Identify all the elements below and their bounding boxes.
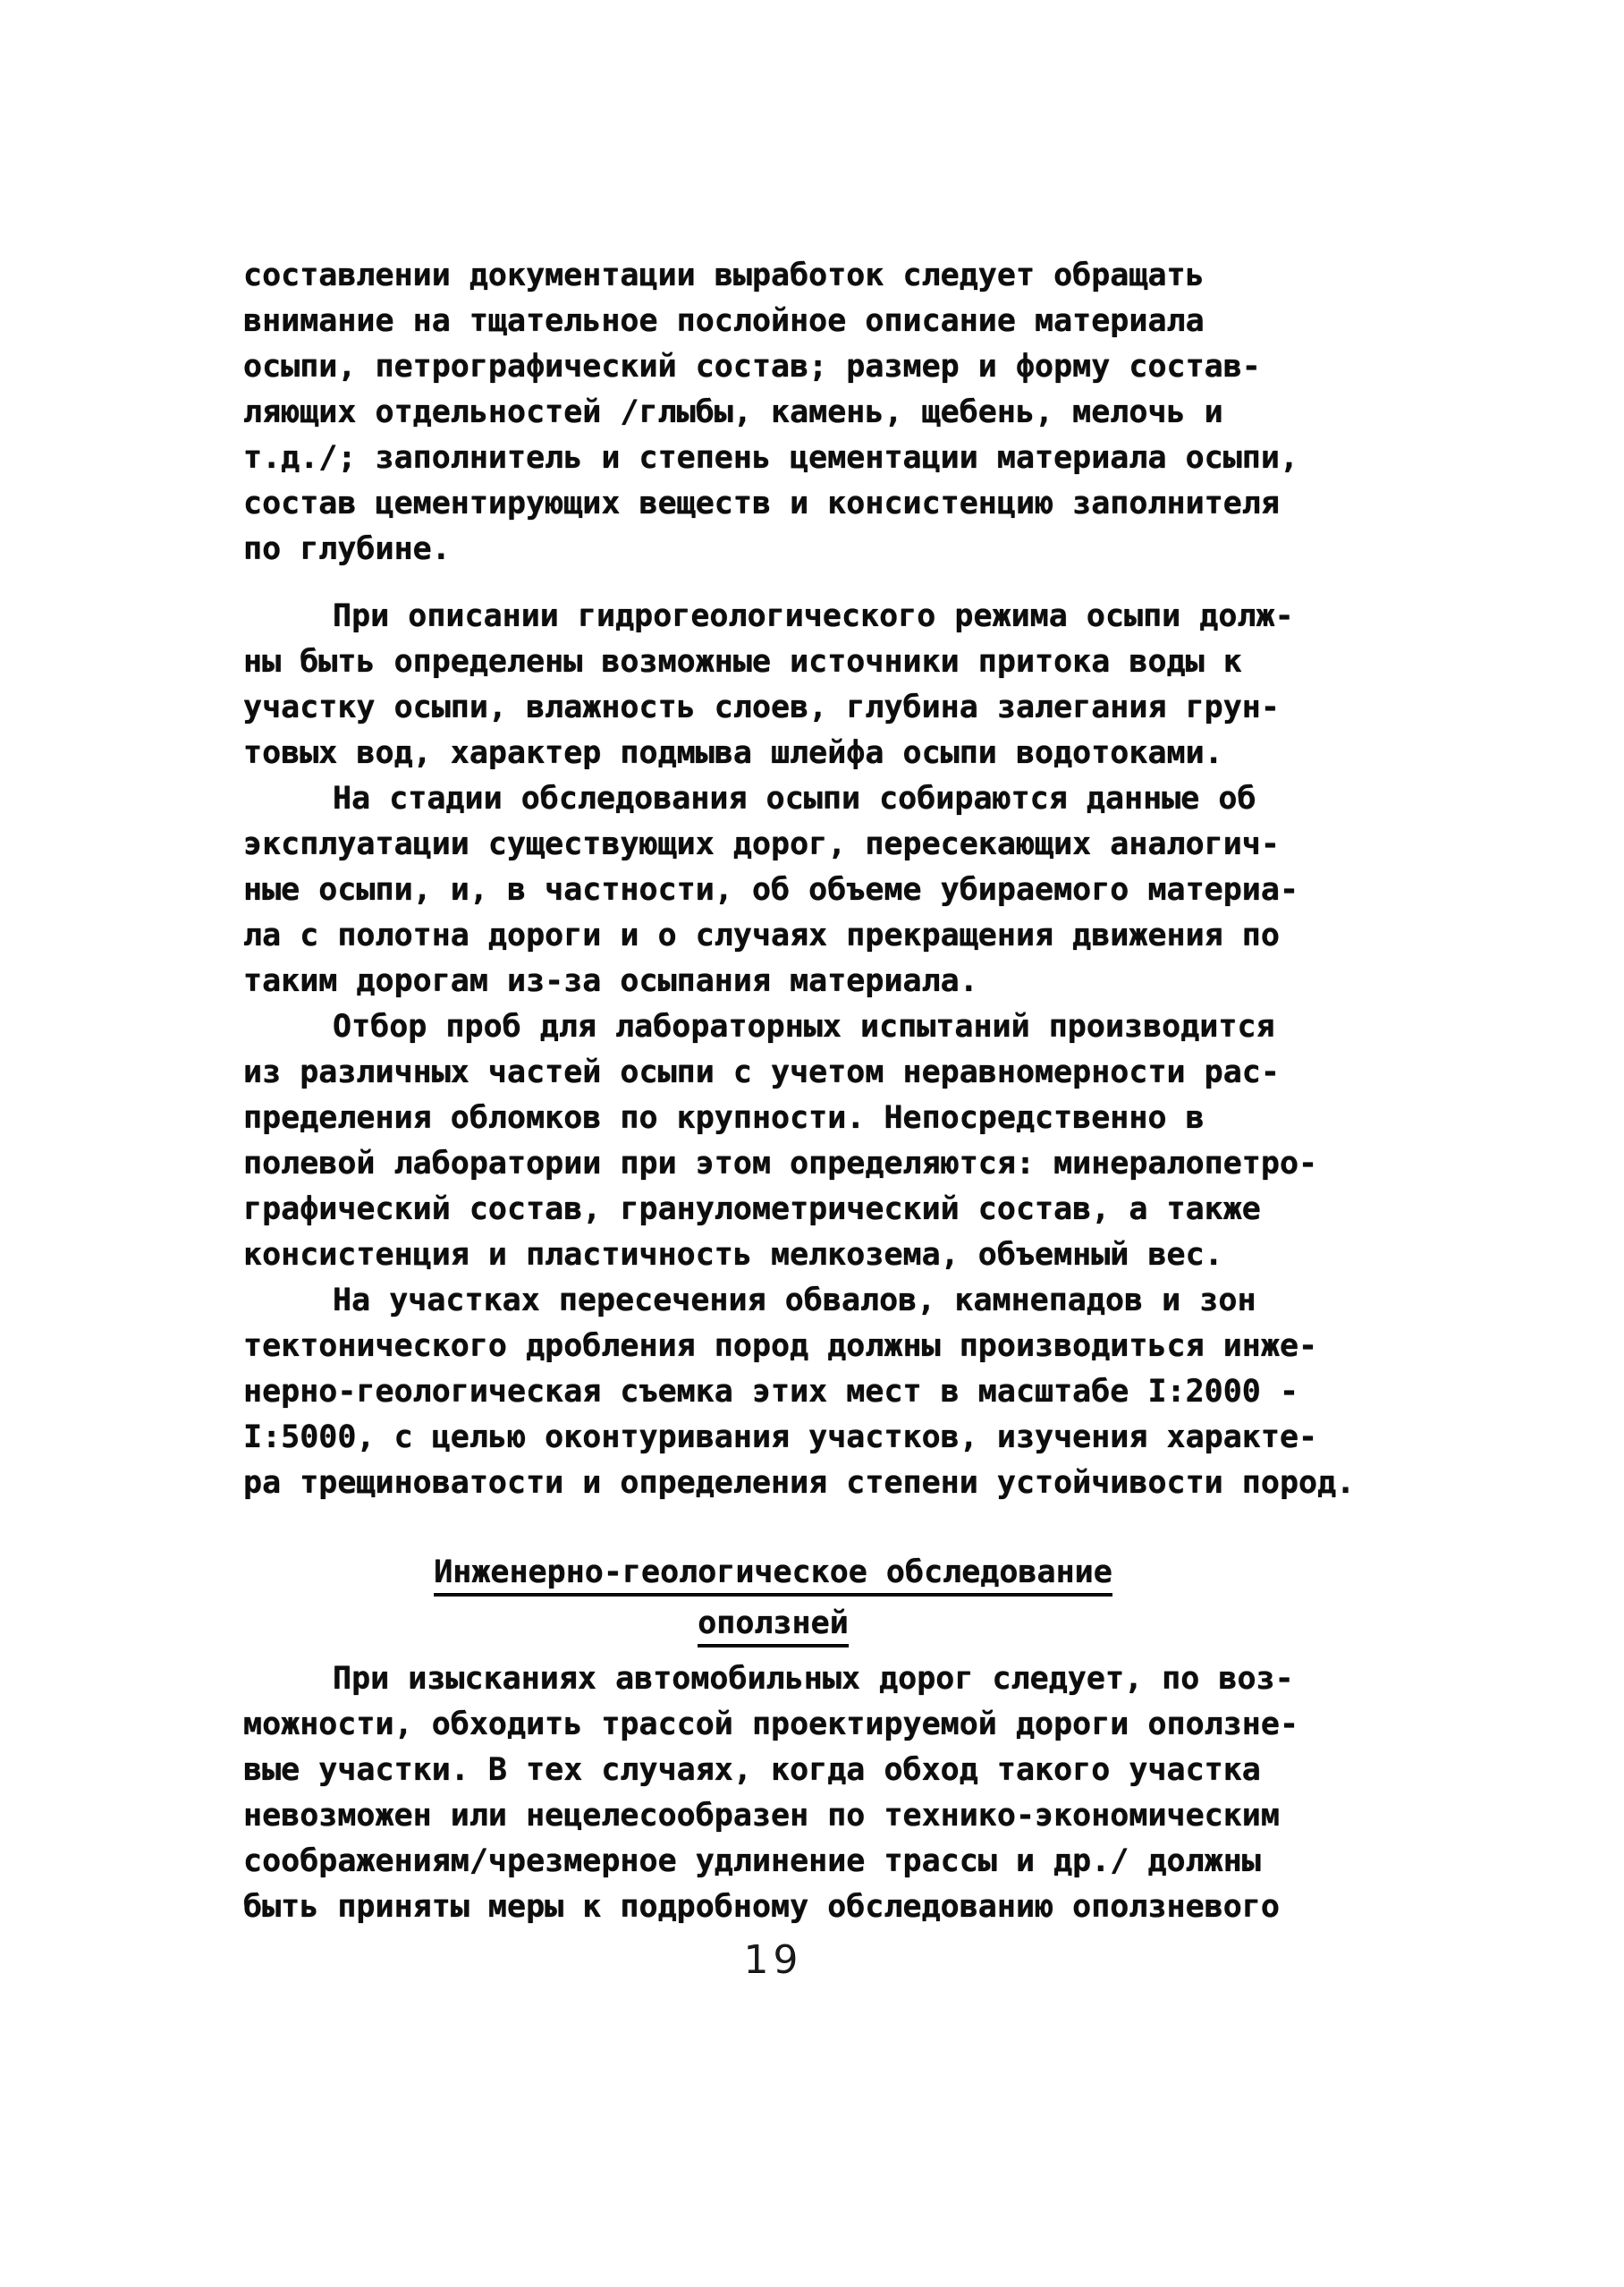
section-heading: Инженерно-геологическое обследование опо… [243, 1547, 1303, 1649]
paragraph-5: На участках пересечения обвалов, камнепа… [243, 1278, 1379, 1506]
section-heading-line-1: Инженерно-геологическое обследование [243, 1547, 1303, 1598]
page-number: 19 [243, 1937, 1303, 1983]
document-text-block: составлении документации выработок следу… [243, 253, 1379, 1930]
paragraph-2: При описании гидрогеологического режима … [243, 594, 1379, 776]
paragraph-3: На стадии обследования осыпи собираются … [243, 776, 1379, 1004]
section-heading-text-1: Инженерно-геологическое обследование [434, 1554, 1112, 1597]
section-heading-line-2: оползней [243, 1598, 1303, 1649]
section-heading-text-2: оползней [698, 1605, 849, 1647]
paragraph-6: При изысканиях автомобильных дорог следу… [243, 1656, 1379, 1930]
paragraph-1: составлении документации выработок следу… [243, 253, 1379, 572]
paragraph-4: Отбор проб для лабораторных испытаний пр… [243, 1004, 1379, 1278]
scanned-document-page: составлении документации выработок следу… [0, 0, 1624, 2287]
